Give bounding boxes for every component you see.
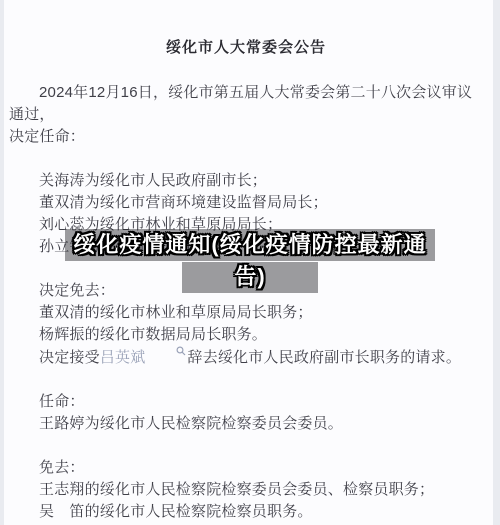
resignation-pre-text: 决定接受 [39,349,100,366]
resignation-line: 决定接受吕英斌辞去绥化市人民政府副市长职务的请求。 [9,346,483,369]
procuratorate-removal-item: 吴 笛的绥化市人民检察院检察员职务。 [9,501,483,523]
appointment-item: 刘心蕊为绥化市林业和草原局局长； [9,214,483,236]
notice-document: 绥化市人大常委会公告 2024年12月16日，绥化市第五届人大常委会第二十八次会… [9,37,483,523]
paragraph-date: 2024年12月16日，绥化市第五届人大常委会第二十八次会议审议通过， [9,82,483,126]
procuratorate-appoint-lead: 任命： [9,391,483,413]
procuratorate-removal-lead: 免去： [9,457,483,479]
entity-link-lvyingbin[interactable]: 吕英斌 [100,349,188,366]
notice-title: 绥化市人大常委会公告 [9,37,483,58]
appointment-item: 孙立铭为绥化市数据局局长。 [9,236,483,258]
appointment-item: 关海涛为绥化市人民政府副市长； [9,170,483,192]
procuratorate-appoint-item: 王路婷为绥化市人民检察院检察委员会委员。 [9,413,483,435]
procuratorate-removal-item: 王志翔的绥化市人民检察院检察委员会委员、检察员职务； [9,479,483,501]
paragraph-appoint-lead: 决定任命： [9,126,483,148]
appointment-item: 董双清为绥化市营商环境建设监督局局长； [9,192,483,214]
page-left-margin [0,0,4,525]
removal-item: 董双清的绥化市林业和草原局局长职务； [9,302,483,324]
entity-name: 吕英斌 [100,349,146,366]
search-icon[interactable] [146,346,186,356]
removal-lead: 决定免去： [9,280,483,302]
notice-card: 绥化市人大常委会公告 2024年12月16日，绥化市第五届人大常委会第二十八次会… [4,0,493,525]
removal-item: 杨辉振的绥化市数据局局长职务。 [9,324,483,346]
resignation-post-text: 辞去绥化市人民政府副市长职务的请求。 [187,349,461,366]
page-right-margin [493,0,500,525]
